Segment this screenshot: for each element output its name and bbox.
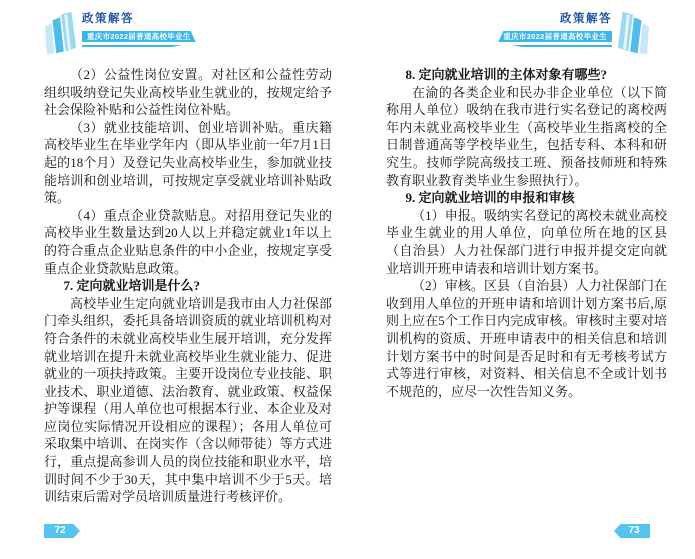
section-heading: 7. 定向就业培训是什么? xyxy=(44,277,332,295)
header-text: 政策解答 重庆市2022届普通高校毕业生 xyxy=(82,12,196,44)
body-paragraph: （2）审核。区县（自治县）人力社保部门在收到用人单位的开班申请和培训计划方案书后… xyxy=(386,277,667,400)
document-spread: 政策解答 重庆市2022届普通高校毕业生 （2）公益性岗位安置。对社区和公益性劳… xyxy=(0,0,695,559)
body-paragraph: （3）就业技能培训、创业培训补贴。重庆籍高校毕业生在毕业学年内（即从毕业前一年7… xyxy=(44,119,332,207)
buildings-logo-icon xyxy=(44,10,78,55)
header-underline xyxy=(82,45,182,47)
page-left: 政策解答 重庆市2022届普通高校毕业生 （2）公益性岗位安置。对社区和公益性劳… xyxy=(0,0,347,559)
section-heading: 8. 定向就业培训的主体对象有哪些? xyxy=(386,66,667,84)
header-underline xyxy=(512,45,612,47)
page-number-badge: 73 xyxy=(614,524,650,538)
header-title: 政策解答 xyxy=(498,12,612,26)
body-paragraph: 高校毕业生定向就业培训是我市由人力社保部门牵头组织，委托具备培训资质的就业培训机… xyxy=(44,295,332,506)
section-heading: 9. 定向就业培训的申报和审核 xyxy=(386,189,667,207)
page-header: 政策解答 重庆市2022届普通高校毕业生 xyxy=(44,10,200,55)
body-paragraph: （4）重点企业贷款贴息。对招用登记失业的高校毕业生数量达到20人以上并稳定就业1… xyxy=(44,207,332,277)
header-title: 政策解答 xyxy=(82,12,196,26)
buildings-logo-icon xyxy=(616,10,650,55)
page-header: 政策解答 重庆市2022届普通高校毕业生 xyxy=(494,10,650,55)
body-paragraph: （1）申报。吸纳实名登记的离校未就业高校毕业生就业的用人单位，向单位所在地的区县… xyxy=(386,207,667,277)
page-body: （2）公益性岗位安置。对社区和公益性劳动组织吸纳登记失业高校毕业生就业的，按规定… xyxy=(44,66,332,506)
body-paragraph: 在渝的各类企业和民办非企业单位（以下简称用人单位）吸纳在我市进行实名登记的离校两… xyxy=(386,84,667,190)
header-subtitle: 重庆市2022届普通高校毕业生 xyxy=(498,31,612,42)
body-paragraph: （2）公益性岗位安置。对社区和公益性劳动组织吸纳登记失业高校毕业生就业的，按规定… xyxy=(44,66,332,119)
page-right: 政策解答 重庆市2022届普通高校毕业生 8. 定向就业培训的主体对象有哪些?在… xyxy=(347,0,695,559)
page-number-badge: 72 xyxy=(44,524,80,538)
page-body: 8. 定向就业培训的主体对象有哪些?在渝的各类企业和民办非企业单位（以下简称用人… xyxy=(386,66,667,400)
header-subtitle: 重庆市2022届普通高校毕业生 xyxy=(82,31,196,42)
header-text: 政策解答 重庆市2022届普通高校毕业生 xyxy=(498,12,612,44)
